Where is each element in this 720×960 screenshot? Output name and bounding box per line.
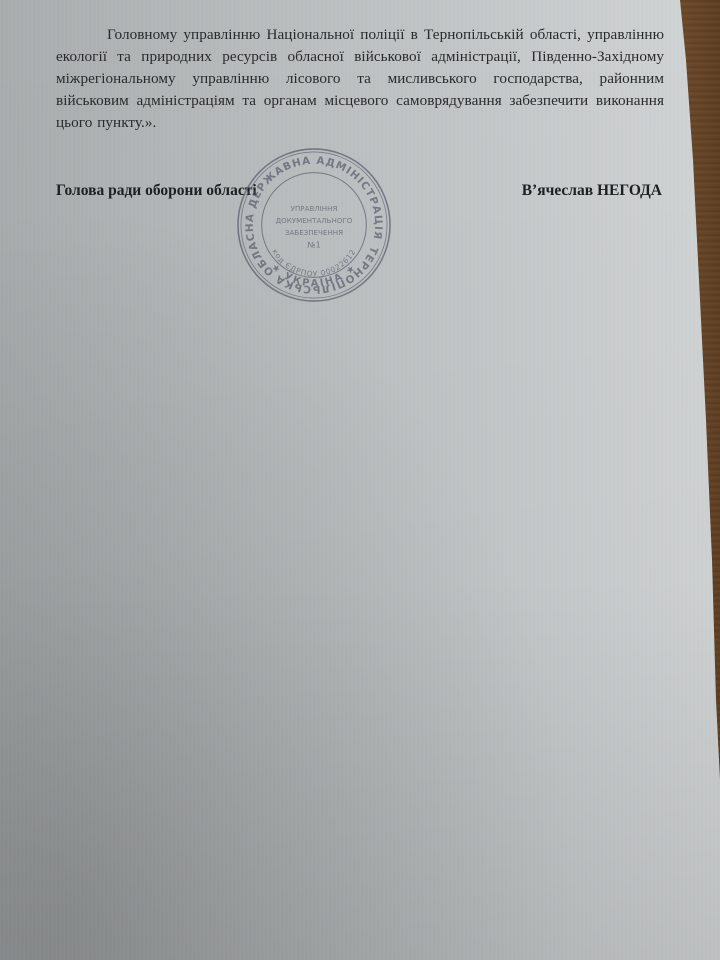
order-paragraph: Головному управлінню Національної поліці… — [56, 24, 664, 134]
signatory-name: В’ячеслав НЕГОДА — [522, 182, 662, 200]
stamp-center-line-1: УПРАВЛІННЯ — [291, 204, 338, 213]
stamp-center-line-4: №1 — [307, 241, 320, 250]
stamp-center-line-3: ЗАБЕЗПЕЧЕННЯ — [285, 228, 343, 237]
signatory-position: Голова ради оборони області — [56, 182, 257, 200]
stamp-center-line-2: ДОКУМЕНТАЛЬНОГО — [276, 216, 353, 225]
document-page: Головному управлінню Національної поліці… — [0, 0, 720, 960]
official-stamp: ТЕРНОПІЛЬСЬКА ОБЛАСНА ДЕРЖАВНА АДМІНІСТР… — [235, 146, 393, 304]
